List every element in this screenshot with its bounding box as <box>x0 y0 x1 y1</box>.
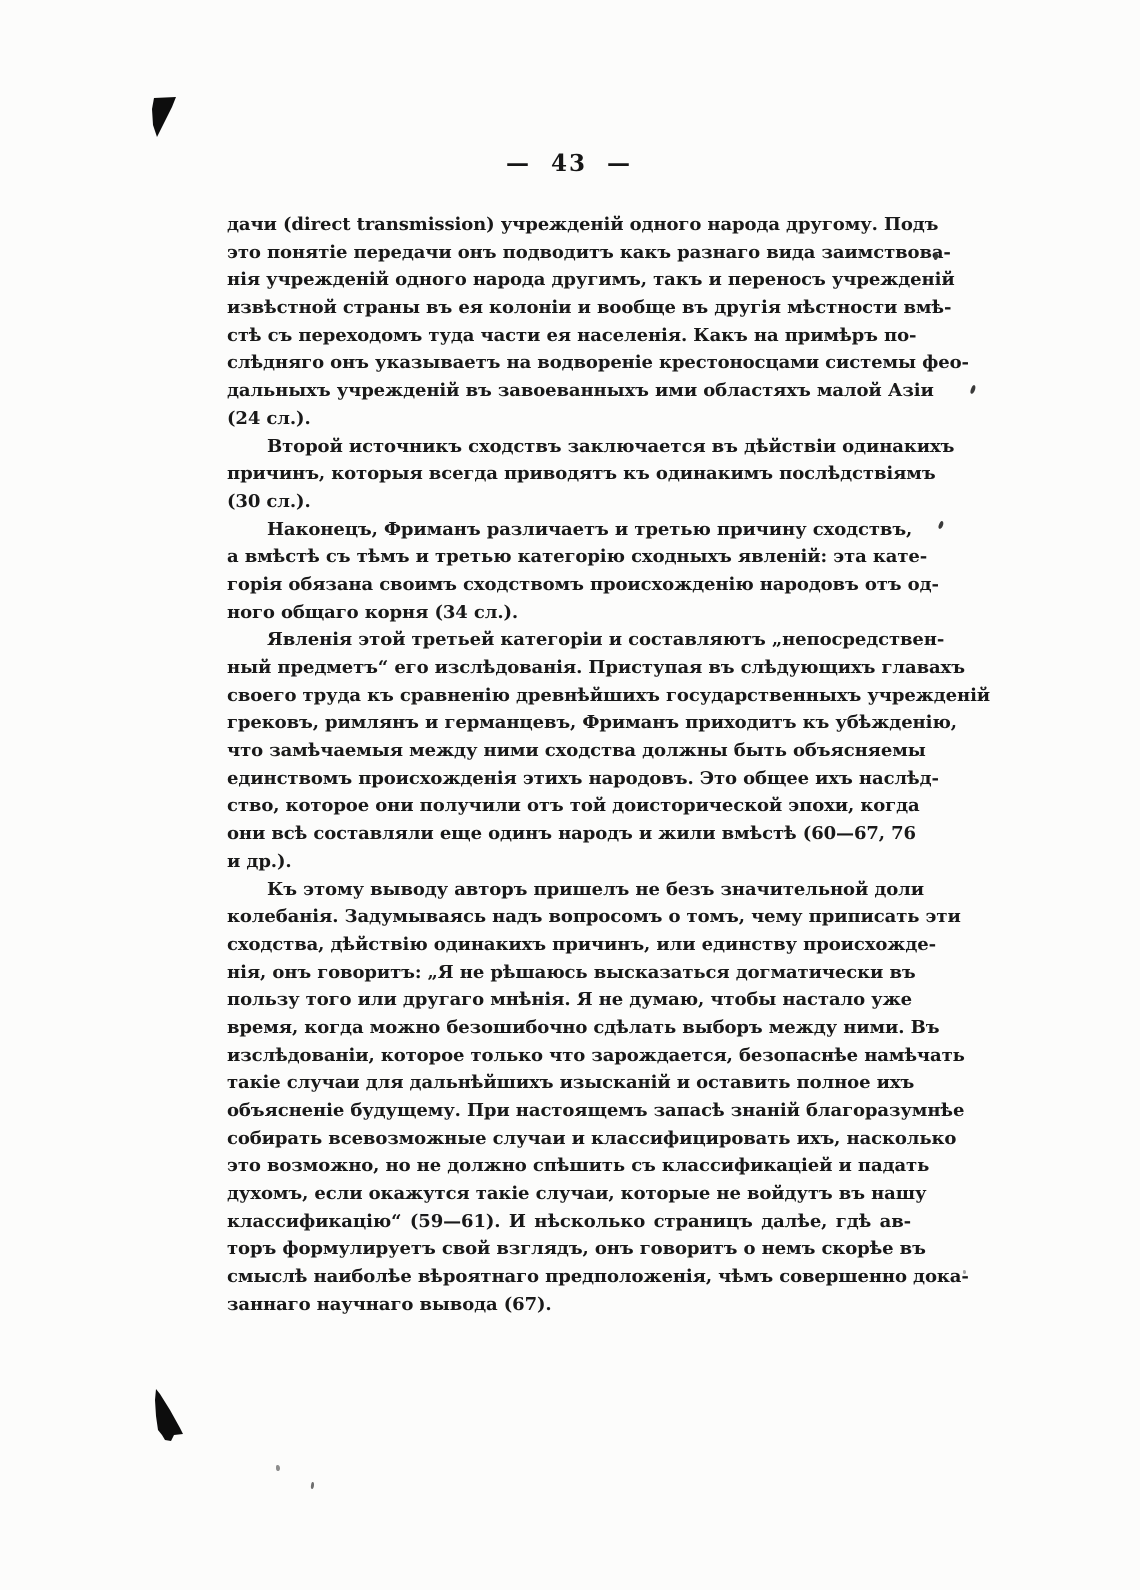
ink-speck <box>938 521 945 530</box>
text-line: ного общаго корня (34 сл.). <box>227 599 911 627</box>
text-line: духомъ, если окажутся такіе случаи, кото… <box>227 1180 911 1208</box>
text-line: слѣдняго онъ указываетъ на водвореніе кр… <box>227 349 911 377</box>
text-line: единствомъ происхожденія этихъ народовъ.… <box>227 765 911 793</box>
scanned-book-page: — 43 — дачи (direct transmission) учрежд… <box>0 0 1140 1590</box>
text-line: Явленія этой третьей категоріи и составл… <box>227 626 911 654</box>
text-line: и др.). <box>227 848 911 876</box>
page-text: дачи (direct transmission) учрежденій од… <box>227 211 911 1319</box>
text-line: это возможно, но не должно спѣшить съ кл… <box>227 1152 911 1180</box>
text-line: (24 сл.). <box>227 405 911 433</box>
text-line: причинъ, которыя всегда приводятъ къ оди… <box>227 460 911 488</box>
ink-speck <box>310 1482 314 1489</box>
text-line: (30 сл.). <box>227 488 911 516</box>
text-line: торъ формулируетъ свой взглядъ, онъ гово… <box>227 1235 911 1263</box>
text-line: смыслѣ наиболѣе вѣроятнаго предположенія… <box>227 1263 911 1291</box>
text-line: а вмѣстѣ съ тѣмъ и третью категорію сход… <box>227 543 911 571</box>
text-line: Второй источникъ сходствъ заключается въ… <box>227 433 911 461</box>
text-line: они всѣ составляли еще одинъ народъ и жи… <box>227 820 911 848</box>
paragraph: Къ этому выводу авторъ пришелъ не безъ з… <box>227 876 911 1319</box>
text-line: время, когда можно безошибочно сдѣлать в… <box>227 1014 911 1042</box>
text-line: пользу того или другаго мнѣнія. Я не дум… <box>227 986 911 1014</box>
paragraph: Явленія этой третьей категоріи и составл… <box>227 626 911 875</box>
ink-speck <box>963 1270 966 1274</box>
page-number: — 43 — <box>227 150 911 177</box>
text-line: объясненіе будущему. При настоящемъ запа… <box>227 1097 911 1125</box>
paragraph: Наконецъ, Фриманъ различаетъ и третью пр… <box>227 516 911 627</box>
text-line: нія учрежденій одного народа другимъ, та… <box>227 266 911 294</box>
text-line: своего труда къ сравненію древнѣйшихъ го… <box>227 682 911 710</box>
text-line: горія обязана своимъ сходствомъ происхож… <box>227 571 911 599</box>
scan-ink-mark-bottom-left-icon <box>150 1386 188 1444</box>
text-line: заннаго научнаго вывода (67). <box>227 1291 911 1319</box>
text-line: извѣстной страны въ ея колоніи и вообще … <box>227 294 911 322</box>
text-line: ство, которое они получили отъ той доист… <box>227 792 911 820</box>
ink-speck <box>969 385 976 395</box>
text-line: собирать всевозможные случаи и классифиц… <box>227 1125 911 1153</box>
paragraph: Второй источникъ сходствъ заключается въ… <box>227 433 911 516</box>
paragraph-continuation: дачи (direct transmission) учрежденій од… <box>227 211 911 433</box>
text-line: дачи (direct transmission) учрежденій од… <box>227 211 911 239</box>
text-line: ный предметъ“ его изслѣдованія. Приступа… <box>227 654 911 682</box>
text-line: колебанія. Задумываясь надъ вопросомъ о … <box>227 903 911 931</box>
text-line: дальныхъ учрежденій въ завоеванныхъ ими … <box>227 377 911 405</box>
text-line: нія, онъ говоритъ: „Я не рѣшаюсь высказа… <box>227 959 911 987</box>
text-line: стѣ съ переходомъ туда части ея населені… <box>227 322 911 350</box>
text-line: грековъ, римлянъ и германцевъ, Фриманъ п… <box>227 709 911 737</box>
text-line: сходства, дѣйствію одинакихъ причинъ, ил… <box>227 931 911 959</box>
ink-speck <box>276 1465 280 1471</box>
text-line: такіе случаи для дальнѣйшихъ изысканій и… <box>227 1069 911 1097</box>
text-line: Къ этому выводу авторъ пришелъ не безъ з… <box>227 876 911 904</box>
text-line: изслѣдованіи, которое только что зарожда… <box>227 1042 911 1070</box>
text-line: это понятіе передачи онъ подводитъ какъ … <box>227 239 911 267</box>
text-line: классификацію“ (59—61). И нѣсколько стра… <box>227 1208 911 1236</box>
text-line: Наконецъ, Фриманъ различаетъ и третью пр… <box>227 516 911 544</box>
scan-ink-mark-top-left-icon <box>150 95 180 141</box>
text-line: что замѣчаемыя между ними сходства должн… <box>227 737 911 765</box>
